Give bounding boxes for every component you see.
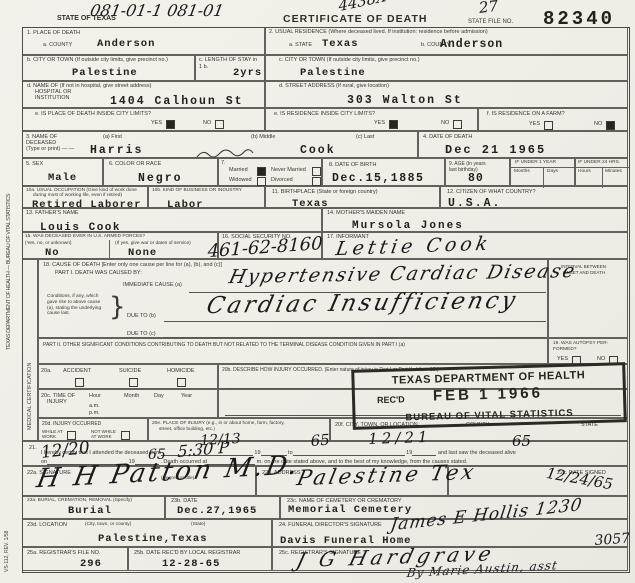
certificate-title: CERTIFICATE OF DEATH xyxy=(283,13,427,25)
stamp-line-3: BUREAU OF VITAL STATISTICS xyxy=(355,406,623,424)
funeral-director-label: 24. FUNERAL DIRECTOR'S SIGNATURE xyxy=(279,522,382,529)
immediate-cause-label: IMMEDIATE CAUSE (a) xyxy=(123,282,182,289)
never-married-label: Never Married xyxy=(271,167,306,174)
part1-label: PART I. DEATH WAS CAUSED BY: xyxy=(55,270,142,277)
medical-certification-vertical-label: MEDICAL CERTIFICATION xyxy=(27,272,33,430)
field-20a-num: 20a. xyxy=(41,368,52,375)
date-received-label: 25b. DATE REC'D BY LOCAL REGISTRAR xyxy=(134,550,240,557)
field-injury-occurred: 20d. INJURY OCCURRED WHILE AT WORK NOT W… xyxy=(38,418,148,441)
death-city-limits-label: e. IS PLACE OF DEATH INSIDE CITY LIMITS? xyxy=(35,111,151,118)
while-at-work-label-2: WORK xyxy=(42,434,56,439)
residence-state-value: Texas xyxy=(322,38,359,50)
field-residence-city-limits: e. IS RESIDENCE INSIDE CITY LIMITS? YES … xyxy=(265,108,478,131)
stamp-recd-label: REC'D xyxy=(377,394,405,405)
accident-label: ACCIDENT xyxy=(63,368,91,375)
part2-label: PART II. OTHER SIGNIFICANT CONDITIONS CO… xyxy=(43,342,405,348)
cause-b-handwritten: Cardiac Insufficiency xyxy=(204,288,521,320)
widowed-checkbox xyxy=(257,177,266,186)
divorced-checkbox xyxy=(312,177,321,186)
divorced-label: Divorced xyxy=(271,177,293,184)
no-label: NO xyxy=(597,356,605,363)
injury-occurred-label: 20d. INJURY OCCURRED xyxy=(42,421,101,427)
handwritten-file-code: 27 xyxy=(478,0,499,17)
yes-label: YES xyxy=(151,120,162,127)
dept-vertical-label: TEXAS DEPARTMENT OF HEALTH — BUREAU OF V… xyxy=(6,55,12,350)
accident-checkbox xyxy=(75,378,84,387)
father-name-label: 13. FATHER'S NAME xyxy=(26,210,79,217)
usual-residence-title: 2. USUAL RESIDENCE (Where deceased lived… xyxy=(269,29,488,36)
married-label: Married xyxy=(229,167,248,174)
street-address-label: d. STREET ADDRESS (If rural, give locati… xyxy=(279,83,389,90)
field-accident-suicide-homicide: 20a. ACCIDENT SUICIDE HOMICIDE xyxy=(38,364,218,389)
residence-city-limits-label: e. IS RESIDENCE INSIDE CITY LIMITS? xyxy=(274,111,375,118)
age-value: 80 xyxy=(468,172,484,185)
field-registrar-file-no: 25a. REGISTRAR'S FILE NO. xyxy=(22,547,128,571)
registrar-file-no-label: 25a. REGISTRAR'S FILE NO. xyxy=(27,550,101,557)
certify-year1-handwritten: 65 xyxy=(310,431,330,450)
state-file-no-label: STATE FILE NO. xyxy=(468,19,513,26)
death-city-label: b. CITY OR TOWN (If outside city limits,… xyxy=(27,57,192,64)
sex-value: Male xyxy=(48,172,77,184)
field-part2-conditions: PART II. OTHER SIGNIFICANT CONDITIONS CO… xyxy=(38,338,548,364)
never-married-checkbox xyxy=(312,167,321,176)
residence-farm-label: f. IS RESIDENCE ON A FARM? xyxy=(487,111,565,118)
certify-text-5: and last saw the deceased alive xyxy=(438,450,516,456)
day-label: Day xyxy=(154,393,164,400)
not-while-at-work-label-2: AT WORK xyxy=(91,434,112,439)
death-county-value: Anderson xyxy=(97,38,155,50)
death-city-value: Palestine xyxy=(72,67,138,79)
received-stamp: TEXAS DEPARTMENT OF HEALTH REC'D FEB 1 1… xyxy=(351,362,627,430)
residence-limits-yes-checkbox xyxy=(389,120,398,129)
cause-of-death-label: 18. CAUSE OF DEATH [Enter only one cause… xyxy=(43,262,222,269)
field-residence-farm: f. IS RESIDENCE ON A FARM? YES NO xyxy=(478,108,628,131)
autopsy-label-1: 19. WAS AUTOPSY PER- xyxy=(553,341,608,347)
not-while-at-work-checkbox xyxy=(121,431,130,440)
business-industry-label: 10b. KIND OF BUSINESS OR INDUSTRY xyxy=(152,188,242,194)
place-of-injury-label-1: 20e. PLACE OF INJURY (e.g., in or about … xyxy=(152,421,285,427)
under-24-hrs-label: IF UNDER 24 HRS. xyxy=(578,160,620,166)
due-to-c-label: DUE TO (c) xyxy=(127,331,156,338)
yes-label: YES xyxy=(374,120,385,127)
length-of-stay-value: 2yrs xyxy=(233,67,262,79)
color-race-label: 6. COLOR OR RACE xyxy=(109,161,161,168)
suicide-checkbox xyxy=(129,378,138,387)
date-received-value: 12-28-65 xyxy=(162,558,220,570)
medical-certification-strip: MEDICAL CERTIFICATION xyxy=(22,259,38,441)
certify-year2-handwritten: 65 xyxy=(512,432,531,450)
burial-date-value: Dec.27,1965 xyxy=(177,505,257,517)
certify-to-date-handwritten: 12/21 xyxy=(368,428,432,448)
place-of-death-title: 1. PLACE OF DEATH xyxy=(27,30,80,37)
date-of-death-label: 4. DATE OF DEATH xyxy=(423,134,472,141)
armed-forces-value: No xyxy=(45,247,60,259)
no-label: NO xyxy=(594,121,602,128)
residence-city-value: Palestine xyxy=(300,67,366,79)
hospital-label-3: INSTITUTION xyxy=(35,95,70,102)
field-autopsy: 19. WAS AUTOPSY PER- FORMED? YES NO xyxy=(548,338,628,364)
residence-limits-no-checkbox xyxy=(453,120,462,129)
conditions-label: Conditions, if any, which gave rise to a… xyxy=(47,294,107,317)
residence-city-label: c. CITY OR TOWN (If outside city limits,… xyxy=(279,57,420,64)
date-of-death-value: Dec 21 1965 xyxy=(445,143,546,157)
handwritten-codes: 081-01-1 081-01 xyxy=(89,1,226,20)
armed-forces-sub1: (Yes, no, or unknown) xyxy=(25,241,72,247)
middle-name-label: (b) Middle xyxy=(251,134,275,141)
burial-date-label: 23b. DATE xyxy=(171,498,198,505)
occupation-label-2: during most of working life, even if ret… xyxy=(33,193,122,199)
minutes-label: Minutes xyxy=(605,169,622,175)
burial-location-value: Palestine,Texas xyxy=(98,533,208,545)
conditions-brace: } xyxy=(109,292,126,322)
death-certificate-scan: STATE OF TEXAS 081-01-1 081-01 CERTIFICA… xyxy=(0,0,635,583)
burial-type-value: Burial xyxy=(68,505,112,517)
field-marital-status: 7. Married Never Married Widowed Divorce… xyxy=(218,158,322,186)
last-name-value: Cook xyxy=(300,144,336,157)
yes-label: YES xyxy=(529,121,540,128)
hour-label: Hour xyxy=(89,393,101,400)
field-if-under-1-year: IF UNDER 1 YEAR Months Days xyxy=(510,158,575,186)
farm-yes-checkbox xyxy=(544,121,553,130)
mother-maiden-name-label: 14. MOTHER'S MAIDEN NAME xyxy=(327,210,405,217)
burial-location-sub2: (State) xyxy=(191,522,205,528)
county-label: a. COUNTY xyxy=(43,42,72,49)
burial-location-label: 23d. LOCATION xyxy=(27,522,67,529)
death-limits-no-checkbox xyxy=(215,120,224,129)
marital-num-label: 7. xyxy=(221,160,226,167)
farm-no-checkbox xyxy=(606,121,615,130)
days-label: Days xyxy=(547,169,558,175)
months-label: Months xyxy=(514,169,530,175)
date-of-birth-label: 8. DATE OF BIRTH xyxy=(329,162,376,169)
no-label: NO xyxy=(203,120,211,127)
armed-forces-label: 15. WAS DECEASED EVER IN U.S. ARMED FORC… xyxy=(25,234,145,240)
form-number-vertical-label: VS-112, REV. 1/58 xyxy=(4,492,10,572)
death-limits-yes-checkbox xyxy=(166,120,175,129)
armed-forces-service-value: None xyxy=(128,247,157,259)
no-label: NO xyxy=(441,120,449,127)
last-name-label: (c) Last xyxy=(356,134,374,141)
name-label-3: (Type or print) — — xyxy=(26,146,74,153)
month-label: Month xyxy=(124,393,139,400)
color-race-value: Negro xyxy=(138,172,183,185)
suicide-label: SUICIDE xyxy=(119,368,141,375)
widowed-label: Widowed xyxy=(229,177,252,184)
armed-forces-sub2: (If yes, give war or dates of service) xyxy=(115,241,191,247)
citizen-label: 12. CITIZEN OF WHAT COUNTRY? xyxy=(447,189,536,196)
am-label: a.m. xyxy=(89,403,100,410)
mother-maiden-name-value: Mursola Jones xyxy=(352,220,464,232)
time-of-injury-label-2: INJURY xyxy=(47,399,67,406)
burial-type-label: 23a. BURIAL, CREMATION, REMOVAL (Specify… xyxy=(27,498,132,504)
homicide-checkbox xyxy=(177,378,186,387)
birthplace-label: 11. BIRTHPLACE (State or foreign country… xyxy=(272,189,378,196)
sex-label: 5. SEX xyxy=(26,161,43,168)
first-name-label: (a) First xyxy=(103,134,122,141)
field-business-industry: 10b. KIND OF BUSINESS OR INDUSTRY xyxy=(148,186,265,208)
homicide-label: HOMICIDE xyxy=(167,368,195,375)
stamp-line-1: TEXAS DEPARTMENT OF HEALTH xyxy=(354,368,622,387)
stamp-date: FEB 1 1966 xyxy=(433,384,543,404)
married-checkbox xyxy=(257,167,266,176)
pm-label: p.m. xyxy=(89,410,100,417)
street-address-value: 303 Walton St xyxy=(347,94,463,107)
registrar-file-no-value: 296 xyxy=(80,558,102,570)
field-time-of-injury: 20c. TIME OF INJURY Hour a.m. p.m. Month… xyxy=(38,389,218,418)
due-to-b-label: DUE TO (b) xyxy=(127,313,156,320)
residence-county-value: Anderson xyxy=(440,38,503,51)
yes-label: YES xyxy=(557,356,568,363)
field-if-under-24-hrs: IF UNDER 24 HRS. Hours Minutes xyxy=(575,158,628,186)
year-label: Year xyxy=(181,393,192,400)
date-of-birth-value: Dec.15,1885 xyxy=(332,172,424,185)
field-death-city-limits: e. IS PLACE OF DEATH INSIDE CITY LIMITS?… xyxy=(22,108,265,131)
under-1-year-label: IF UNDER 1 YEAR xyxy=(515,160,556,166)
certify-num: 21. xyxy=(29,445,37,452)
hours-label: Hours xyxy=(578,169,591,175)
autopsy-label-2: FORMED? xyxy=(553,347,576,353)
first-name-value: Harris xyxy=(90,144,143,157)
burial-location-sub1: (City, town, or county) xyxy=(85,522,131,528)
residence-state-label: a. STATE xyxy=(289,42,312,49)
